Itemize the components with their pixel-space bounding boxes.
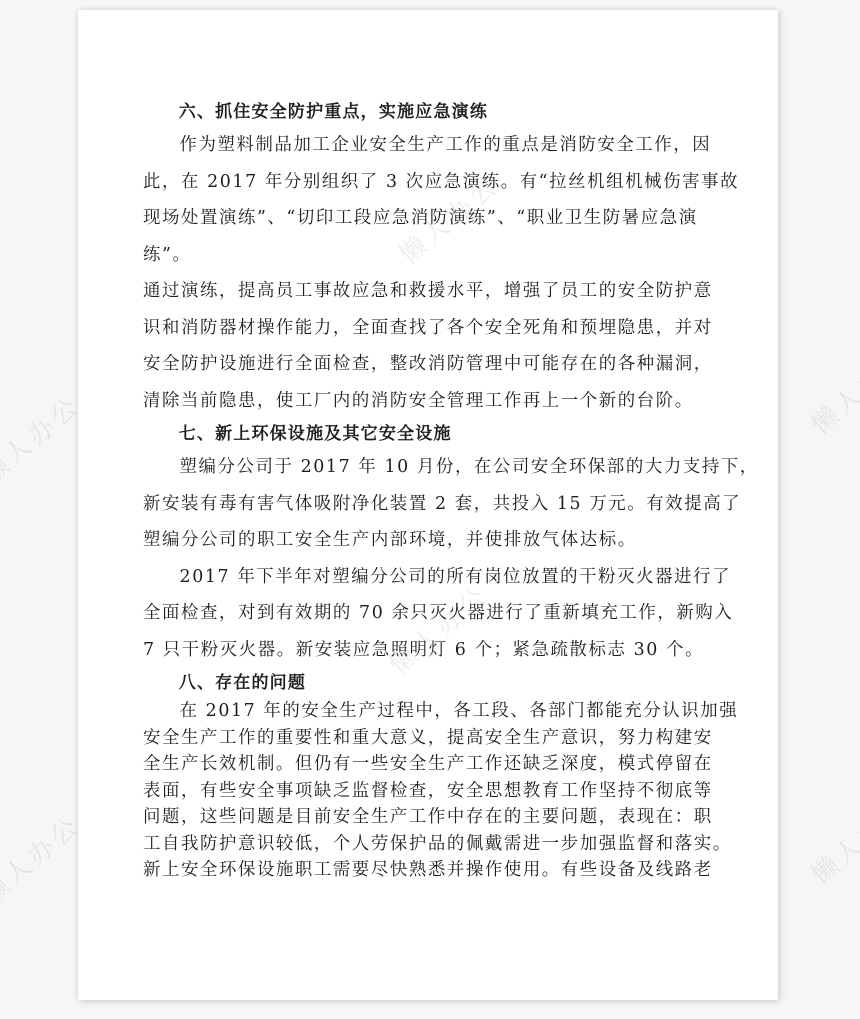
text-line: 作为塑料制品加工企业安全生产工作的重点是消防安全工作，因 xyxy=(143,127,715,164)
text-line: 塑编分公司于 2017 年 10 月份，在公司安全环保部的大力支持下， xyxy=(143,449,715,486)
paragraph: 作为塑料制品加工企业安全生产工作的重点是消防安全工作，因 此，在 2017 年分… xyxy=(143,127,715,273)
text-line: 表面，有些安全事项缺乏监督检查，安全思想教育工作坚持不彻底等 xyxy=(143,778,715,805)
watermark: 懒人办公 xyxy=(0,386,88,491)
paragraph: 在 2017 年的安全生产过程中，各工段、各部门都能充分认识加强 安全生产工作的… xyxy=(143,698,715,884)
text-line: 安全生产工作的重要性和重大意义，提高安全生产意识，努力构建安 xyxy=(143,725,715,752)
text-line: 问题，这些问题是目前安全生产工作中存在的主要问题，表现在：职 xyxy=(143,804,715,831)
text-line: 新上安全环保设施职工需要尽快熟悉并操作使用。有些设备及线路老 xyxy=(143,857,715,884)
paragraph: 2017 年下半年对塑编分公司的所有岗位放置的干粉灭火器进行了 全面检查，对到有… xyxy=(143,559,715,669)
text-line: 安全防护设施进行全面检查，整改消防管理中可能存在的各种漏洞， xyxy=(143,346,715,383)
text-line: 识和消防器材操作能力，全面查找了各个安全死角和预埋隐患，并对 xyxy=(143,310,715,347)
watermark: 懒人办公 xyxy=(0,806,88,911)
section-heading-8: 八、存在的问题 xyxy=(143,668,715,698)
section-heading-7: 七、新上环保设施及其它安全设施 xyxy=(143,419,715,449)
text-line: 此，在 2017 年分别组织了 3 次应急演练。有“拉丝机组机械伤害事故 xyxy=(143,164,715,201)
watermark: 懒人办公 xyxy=(802,786,860,891)
text-line: 工自我防护意识较低，个人劳保护品的佩戴需进一步加强监督和落实。 xyxy=(143,831,715,858)
text-line: 塑编分公司的职工安全生产内部环境，并使排放气体达标。 xyxy=(143,522,715,559)
document-body: 六、抓住安全防护重点，实施应急演练 作为塑料制品加工企业安全生产工作的重点是消防… xyxy=(143,97,715,884)
paragraph: 塑编分公司于 2017 年 10 月份，在公司安全环保部的大力支持下， 新安装有… xyxy=(143,449,715,559)
text-line: 7 只干粉灭火器。新安装应急照明灯 6 个；紧急疏散标志 30 个。 xyxy=(143,632,715,669)
text-line: 在 2017 年的安全生产过程中，各工段、各部门都能充分认识加强 xyxy=(143,698,715,725)
text-line: 全面检查，对到有效期的 70 余只灭火器进行了重新填充工作，新购入 xyxy=(143,595,715,632)
paragraph: 通过演练，提高员工事故应急和救援水平，增强了员工的安全防护意 识和消防器材操作能… xyxy=(143,273,715,419)
watermark: 懒人办公 xyxy=(802,336,860,441)
text-line: 全生产长效机制。但仍有一些安全生产工作还缺乏深度，模式停留在 xyxy=(143,751,715,778)
text-line: 通过演练，提高员工事故应急和救援水平，增强了员工的安全防护意 xyxy=(143,273,715,310)
text-line: 清除当前隐患，使工厂内的消防安全管理工作再上一个新的台阶。 xyxy=(143,383,715,420)
document-page: 六、抓住安全防护重点，实施应急演练 作为塑料制品加工企业安全生产工作的重点是消防… xyxy=(78,10,778,1000)
text-line: 练”。 xyxy=(143,237,715,274)
text-line: 新安装有毒有害气体吸附净化装置 2 套，共投入 15 万元。有效提高了 xyxy=(143,486,715,523)
section-heading-6: 六、抓住安全防护重点，实施应急演练 xyxy=(143,97,715,127)
text-line: 现场处置演练”、“切印工段应急消防演练”、“职业卫生防暑应急演 xyxy=(143,200,715,237)
text-line: 2017 年下半年对塑编分公司的所有岗位放置的干粉灭火器进行了 xyxy=(143,559,715,596)
